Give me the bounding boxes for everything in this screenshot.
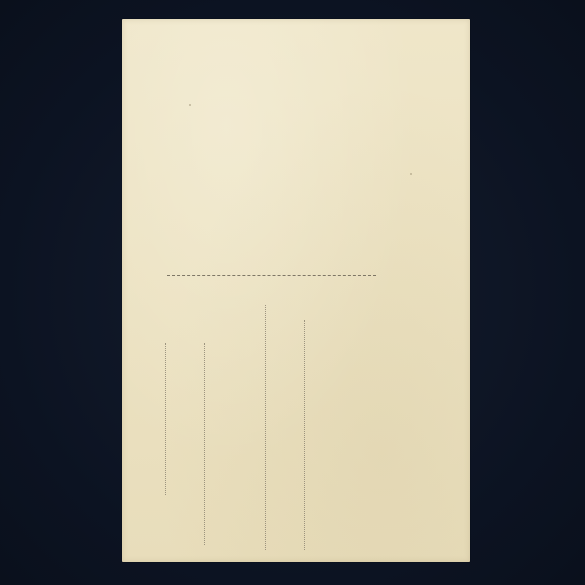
postcard-back bbox=[122, 19, 470, 562]
paper-speck bbox=[189, 104, 191, 106]
dotted-address-line-2 bbox=[204, 343, 205, 545]
dotted-address-line-1 bbox=[165, 343, 166, 495]
dotted-address-line-3 bbox=[265, 305, 266, 550]
dotted-address-line-4 bbox=[304, 320, 305, 550]
paper-speck bbox=[410, 173, 412, 175]
horizontal-divider-line bbox=[167, 275, 376, 276]
